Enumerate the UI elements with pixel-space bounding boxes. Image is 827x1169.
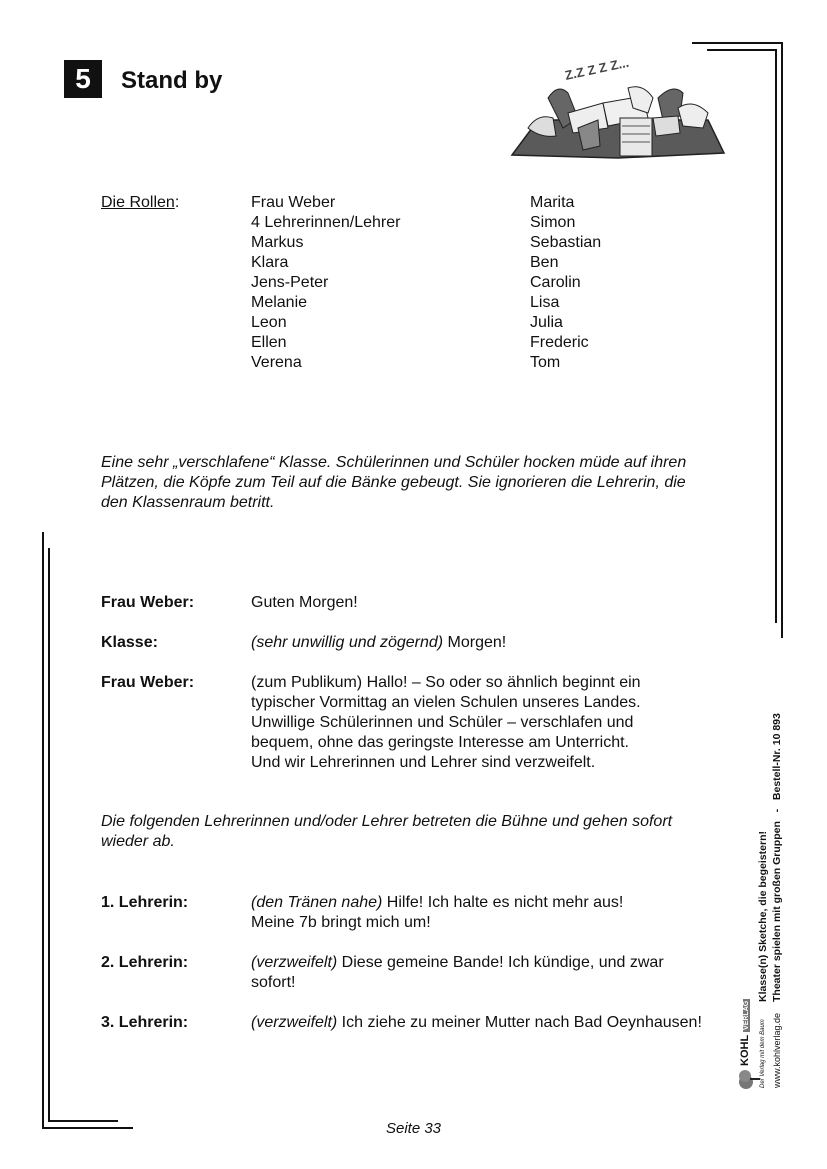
stage-direction-inline: (sehr unwillig und zögernd) xyxy=(251,634,443,651)
speaker-name: Klasse: xyxy=(101,633,158,653)
speaker-name: Frau Weber: xyxy=(101,673,194,693)
frame-top-inner xyxy=(707,49,777,51)
speech-text: (verzweifelt) Ich ziehe zu meiner Mutter… xyxy=(251,1013,771,1033)
stage-line: den Klassenraum betritt. xyxy=(101,493,731,513)
role-item: Frau Weber xyxy=(251,193,400,213)
speaker-name: 1. Lehrerin: xyxy=(101,893,188,913)
publisher-sidebar: KOHL VERLAG Der Verlag mit dem Baum www.… xyxy=(735,735,800,1090)
stage-line: wieder ab. xyxy=(101,832,731,852)
role-item: Tom xyxy=(530,353,601,373)
stage-line: Eine sehr „verschlafene“ Klasse. Schüler… xyxy=(101,453,731,473)
role-item: Markus xyxy=(251,233,400,253)
role-item: 4 Lehrerinnen/Lehrer xyxy=(251,213,400,233)
speaker-name: 3. Lehrerin: xyxy=(101,1013,188,1033)
role-item: Ben xyxy=(530,253,601,273)
role-item: Leon xyxy=(251,313,400,333)
frame-right-outer xyxy=(781,42,783,638)
roles-column-1: Frau Weber 4 Lehrerinnen/Lehrer Markus K… xyxy=(251,193,400,373)
page-number: Seite 33 xyxy=(0,1120,827,1137)
publisher-badge: VERLAG xyxy=(743,999,750,1032)
speech-text: (den Tränen nahe) Hilfe! Ich halte es ni… xyxy=(251,893,731,933)
role-item: Simon xyxy=(530,213,601,233)
role-item: Julia xyxy=(530,313,601,333)
roles-label: Die Rollen: xyxy=(101,193,179,213)
role-item: Jens-Peter xyxy=(251,273,400,293)
role-item: Melanie xyxy=(251,293,400,313)
speaker-name: 2. Lehrerin: xyxy=(101,953,188,973)
role-item: Ellen xyxy=(251,333,400,353)
frame-left-inner xyxy=(48,548,50,1122)
stage-direction-inline: (verzweifelt) xyxy=(251,954,337,971)
sleeping-student-books-icon: Z.Z Z Z Z... xyxy=(508,58,728,163)
stage-line: Plätzen, die Köpfe zum Teil auf die Bänk… xyxy=(101,473,731,493)
book-title: Klasse(n) Sketche, die begeistern! xyxy=(757,831,770,1002)
stage-direction-inline: (verzweifelt) xyxy=(251,1014,337,1031)
role-item: Lisa xyxy=(530,293,601,313)
speech-text: (zum Publikum) Hallo! – So oder so ähnli… xyxy=(251,673,731,773)
publisher-url: www.kohlverlag.de xyxy=(771,1013,784,1088)
frame-right-inner xyxy=(775,49,777,623)
sketch-title: Stand by xyxy=(121,64,222,98)
zzz-text: Z.Z Z Z Z... xyxy=(564,58,631,83)
speech-text: (verzweifelt) Diese gemeine Bande! Ich k… xyxy=(251,953,731,993)
sketch-number-badge: 5 xyxy=(64,60,102,98)
roles-column-2: Marita Simon Sebastian Ben Carolin Lisa … xyxy=(530,193,601,373)
role-item: Carolin xyxy=(530,273,601,293)
frame-left-outer xyxy=(42,532,44,1129)
stage-direction: Eine sehr „verschlafene“ Klasse. Schüler… xyxy=(101,453,731,513)
book-subtitle-and-order: Theater spielen mit großen Gruppen - Bes… xyxy=(771,713,784,1002)
publisher-name: KOHL VERLAG xyxy=(739,999,753,1066)
stage-line: Die folgenden Lehrerinnen und/oder Lehre… xyxy=(101,812,731,832)
role-item: Klara xyxy=(251,253,400,273)
speech-text: (sehr unwillig und zögernd) Morgen! xyxy=(251,633,731,653)
role-item: Verena xyxy=(251,353,400,373)
frame-top-outer xyxy=(692,42,783,44)
role-item: Sebastian xyxy=(530,233,601,253)
order-number: Bestell-Nr. 10 893 xyxy=(771,713,783,800)
role-item: Frederic xyxy=(530,333,601,353)
role-item: Marita xyxy=(530,193,601,213)
stage-direction: Die folgenden Lehrerinnen und/oder Lehre… xyxy=(101,812,731,852)
speech-text: Guten Morgen! xyxy=(251,593,731,613)
stage-direction-inline: (den Tränen nahe) xyxy=(251,894,382,911)
speaker-name: Frau Weber: xyxy=(101,593,194,613)
publisher-slogan: Der Verlag mit dem Baum xyxy=(757,1019,770,1088)
